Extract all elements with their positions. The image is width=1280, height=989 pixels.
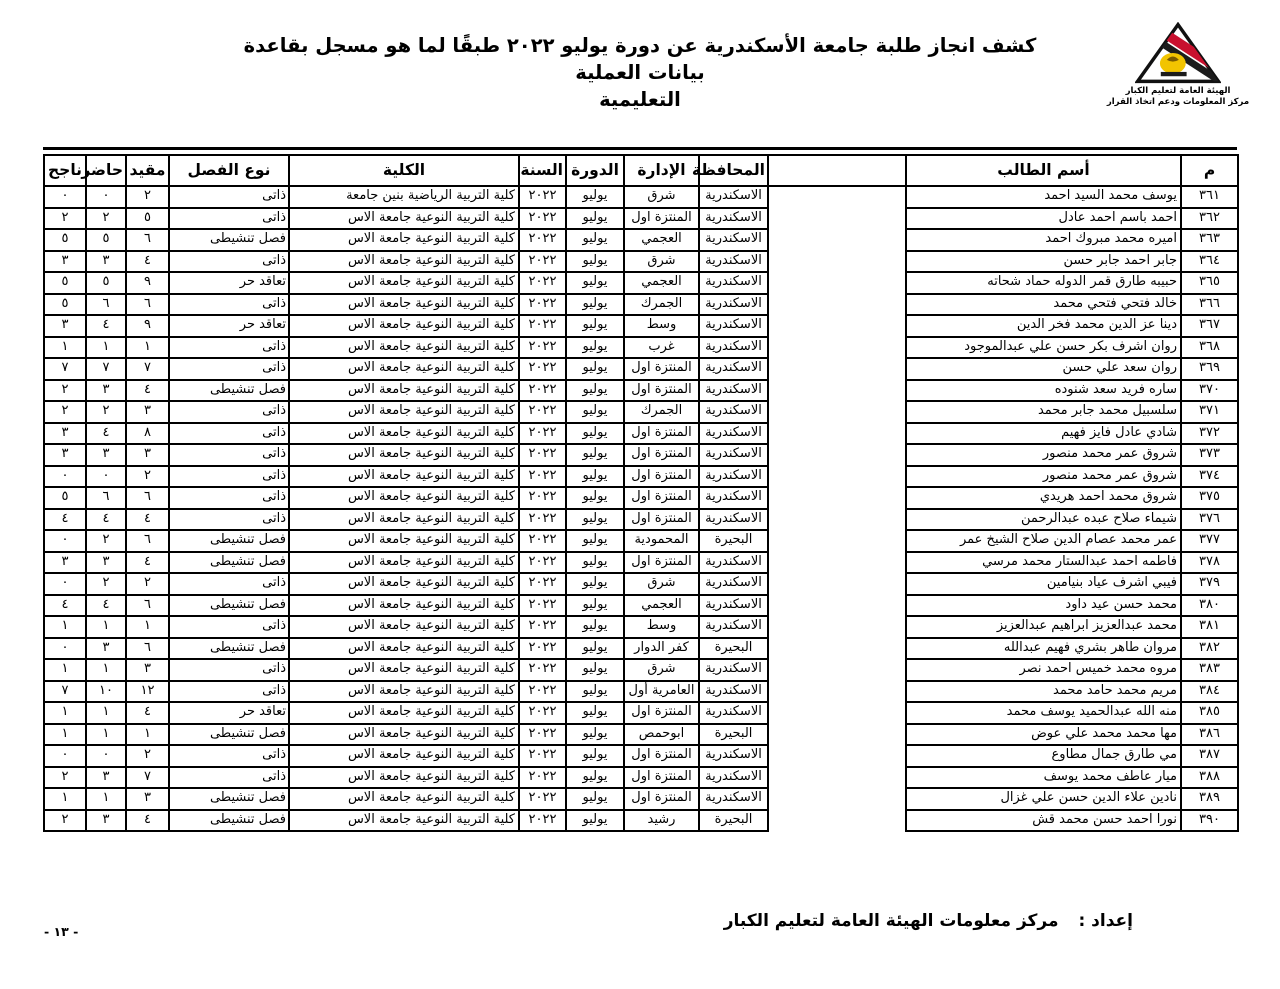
- college-cell: كلية التربية النوعية جامعة الاس: [289, 229, 519, 251]
- table-row: ٣٦٦ خالد فتحي فتحي محمد الاسكندرية الجمر…: [44, 294, 1238, 316]
- enrolled-cell: ٤: [126, 251, 169, 273]
- enrolled-cell: ١: [126, 724, 169, 746]
- enrolled-cell: ٤: [126, 380, 169, 402]
- governorate-cell: الاسكندرية: [699, 272, 768, 294]
- college-cell: كلية التربية النوعية جامعة الاس: [289, 487, 519, 509]
- gap-cell: [768, 595, 906, 617]
- administration-cell: العجمي: [624, 272, 699, 294]
- governorate-cell: البحيرة: [699, 530, 768, 552]
- enrolled-cell: ٢: [126, 745, 169, 767]
- enrolled-cell: ٢: [126, 573, 169, 595]
- enrolled-cell: ٦: [126, 530, 169, 552]
- passed-cell: ٢: [44, 810, 86, 832]
- year-cell: ٢٠٢٢: [519, 251, 566, 273]
- gap-cell: [768, 401, 906, 423]
- year-cell: ٢٠٢٢: [519, 767, 566, 789]
- governorate-cell: الاسكندرية: [699, 681, 768, 703]
- governorate-cell: الاسكندرية: [699, 423, 768, 445]
- enrolled-cell: ٩: [126, 272, 169, 294]
- attended-cell: ١: [86, 659, 126, 681]
- table-row: ٣٩٠ نورا احمد حسن محمد قش البحيرة رشيد ي…: [44, 810, 1238, 832]
- year-cell: ٢٠٢٢: [519, 423, 566, 445]
- class-type-cell: فصل تنشيطى: [169, 530, 289, 552]
- session-cell: يوليو: [566, 767, 624, 789]
- year-cell: ٢٠٢٢: [519, 616, 566, 638]
- administration-cell: المنتزة اول: [624, 466, 699, 488]
- session-cell: يوليو: [566, 251, 624, 273]
- governorate-cell: الاسكندرية: [699, 659, 768, 681]
- class-type-cell: ذاتى: [169, 681, 289, 703]
- governorate-cell: الاسكندرية: [699, 401, 768, 423]
- row-number-cell: ٣٨١: [1181, 616, 1238, 638]
- governorate-cell: الاسكندرية: [699, 358, 768, 380]
- enrolled-cell: ٦: [126, 294, 169, 316]
- college-cell: كلية التربية النوعية جامعة الاس: [289, 595, 519, 617]
- attended-cell: ٦: [86, 294, 126, 316]
- administration-cell: الجمرك: [624, 294, 699, 316]
- gap-cell: [768, 659, 906, 681]
- administration-cell: المنتزة اول: [624, 552, 699, 574]
- college-cell: كلية التربية النوعية جامعة الاس: [289, 724, 519, 746]
- attended-cell: ٢: [86, 401, 126, 423]
- student-name-cell: مي طارق جمال مطاوع: [906, 745, 1181, 767]
- college-cell: كلية التربية النوعية جامعة الاس: [289, 208, 519, 230]
- class-type-cell: ذاتى: [169, 423, 289, 445]
- attended-cell: ١: [86, 788, 126, 810]
- table-header-row: م أسم الطالب المحافظة الإدارة الدورة الس…: [44, 155, 1238, 186]
- col-header-college: الكلية: [289, 155, 519, 186]
- table-row: ٣٧٢ شادي عادل فايز فهيم الاسكندرية المنت…: [44, 423, 1238, 445]
- attended-cell: ٢: [86, 573, 126, 595]
- passed-cell: ٢: [44, 767, 86, 789]
- college-cell: كلية التربية النوعية جامعة الاس: [289, 401, 519, 423]
- class-type-cell: ذاتى: [169, 444, 289, 466]
- attended-cell: ٣: [86, 444, 126, 466]
- session-cell: يوليو: [566, 294, 624, 316]
- administration-cell: المنتزة اول: [624, 423, 699, 445]
- class-type-cell: ذاتى: [169, 251, 289, 273]
- administration-cell: شرق: [624, 573, 699, 595]
- gap-cell: [768, 616, 906, 638]
- session-cell: يوليو: [566, 466, 624, 488]
- session-cell: يوليو: [566, 659, 624, 681]
- class-type-cell: فصل تنشيطى: [169, 380, 289, 402]
- logo-caption-line1: الهيئة العامة لتعليم الكبار: [1098, 86, 1258, 97]
- governorate-cell: الاسكندرية: [699, 208, 768, 230]
- class-type-cell: فصل تنشيطى: [169, 724, 289, 746]
- row-number-cell: ٣٧١: [1181, 401, 1238, 423]
- passed-cell: ١: [44, 702, 86, 724]
- row-number-cell: ٣٧٣: [1181, 444, 1238, 466]
- class-type-cell: ذاتى: [169, 466, 289, 488]
- class-type-cell: ذاتى: [169, 659, 289, 681]
- administration-cell: شرق: [624, 251, 699, 273]
- gap-cell: [768, 573, 906, 595]
- passed-cell: ٣: [44, 251, 86, 273]
- logo-caption-line2: مركز المعلومات ودعم اتخاذ القرار: [1098, 97, 1258, 108]
- table-row: ٣٦١ يوسف محمد السيد احمد الاسكندرية شرق …: [44, 186, 1238, 208]
- table-row: ٣٦٢ احمد باسم احمد عادل الاسكندرية المنت…: [44, 208, 1238, 230]
- gap-cell: [768, 251, 906, 273]
- table-row: ٣٦٩ روان سعد علي حسن الاسكندرية المنتزة …: [44, 358, 1238, 380]
- attended-cell: ٥: [86, 272, 126, 294]
- row-number-cell: ٣٨٠: [1181, 595, 1238, 617]
- administration-cell: المنتزة اول: [624, 208, 699, 230]
- attended-cell: ٢: [86, 530, 126, 552]
- row-number-cell: ٣٧٢: [1181, 423, 1238, 445]
- gap-cell: [768, 810, 906, 832]
- student-name-cell: خالد فتحي فتحي محمد: [906, 294, 1181, 316]
- row-number-cell: ٣٦٧: [1181, 315, 1238, 337]
- student-name-cell: فاطمه احمد عبدالستار محمد مرسي: [906, 552, 1181, 574]
- administration-cell: شرق: [624, 659, 699, 681]
- college-cell: كلية التربية الرياضية بنين جامعة: [289, 186, 519, 208]
- year-cell: ٢٠٢٢: [519, 702, 566, 724]
- enrolled-cell: ٤: [126, 810, 169, 832]
- class-type-cell: ذاتى: [169, 186, 289, 208]
- enrolled-cell: ١: [126, 616, 169, 638]
- student-name-cell: مروان طاهر بشري فهيم عبدالله: [906, 638, 1181, 660]
- student-name-cell: شروق محمد احمد هريدي: [906, 487, 1181, 509]
- class-type-cell: تعاقد حر: [169, 315, 289, 337]
- attended-cell: ٤: [86, 595, 126, 617]
- administration-cell: العجمي: [624, 595, 699, 617]
- table-row: ٣٨١ محمد عبدالعزيز ابراهيم عبدالعزيز الا…: [44, 616, 1238, 638]
- enrolled-cell: ٣: [126, 659, 169, 681]
- class-type-cell: فصل تنشيطى: [169, 229, 289, 251]
- governorate-cell: الاسكندرية: [699, 487, 768, 509]
- student-name-cell: شروق عمر محمد منصور: [906, 444, 1181, 466]
- gap-cell: [768, 358, 906, 380]
- class-type-cell: فصل تنشيطى: [169, 595, 289, 617]
- student-name-cell: منه الله عبدالحميد يوسف محمد: [906, 702, 1181, 724]
- gap-cell: [768, 423, 906, 445]
- page-number: - ١٣ -: [44, 924, 78, 939]
- col-header-attended: حاضر: [86, 155, 126, 186]
- college-cell: كلية التربية النوعية جامعة الاس: [289, 702, 519, 724]
- administration-cell: المحمودية: [624, 530, 699, 552]
- year-cell: ٢٠٢٢: [519, 788, 566, 810]
- college-cell: كلية التربية النوعية جامعة الاس: [289, 423, 519, 445]
- col-header-administration: الإدارة: [624, 155, 699, 186]
- passed-cell: ٣: [44, 315, 86, 337]
- col-header-student-name: أسم الطالب: [906, 155, 1181, 186]
- prepared-by: إعداد : مركز معلومات الهيئة العامة لتعلي…: [724, 911, 1133, 931]
- passed-cell: ٣: [44, 444, 86, 466]
- class-type-cell: ذاتى: [169, 208, 289, 230]
- administration-cell: العجمي: [624, 229, 699, 251]
- gap-cell: [768, 337, 906, 359]
- college-cell: كلية التربية النوعية جامعة الاس: [289, 358, 519, 380]
- passed-cell: ٠: [44, 573, 86, 595]
- student-name-cell: روان اشرف بكر حسن علي عبدالموجود: [906, 337, 1181, 359]
- administration-cell: المنتزة اول: [624, 702, 699, 724]
- year-cell: ٢٠٢٢: [519, 208, 566, 230]
- college-cell: كلية التربية النوعية جامعة الاس: [289, 251, 519, 273]
- student-name-cell: يوسف محمد السيد احمد: [906, 186, 1181, 208]
- college-cell: كلية التربية النوعية جامعة الاس: [289, 745, 519, 767]
- attended-cell: ٠: [86, 466, 126, 488]
- passed-cell: ٣: [44, 423, 86, 445]
- row-number-cell: ٣٧٧: [1181, 530, 1238, 552]
- session-cell: يوليو: [566, 530, 624, 552]
- row-number-cell: ٣٨٩: [1181, 788, 1238, 810]
- table-row: ٣٧١ سلسبيل محمد جابر محمد الاسكندرية الج…: [44, 401, 1238, 423]
- student-name-cell: نورا احمد حسن محمد قش: [906, 810, 1181, 832]
- student-name-cell: مها محمد محمد علي عوض: [906, 724, 1181, 746]
- student-name-cell: ساره فريد سعد شنوده: [906, 380, 1181, 402]
- table-row: ٣٨٨ ميار عاطف محمد يوسف الاسكندرية المنت…: [44, 767, 1238, 789]
- class-type-cell: ذاتى: [169, 616, 289, 638]
- gap-cell: [768, 315, 906, 337]
- class-type-cell: ذاتى: [169, 509, 289, 531]
- student-name-cell: سلسبيل محمد جابر محمد: [906, 401, 1181, 423]
- row-number-cell: ٣٧٦: [1181, 509, 1238, 531]
- governorate-cell: البحيرة: [699, 724, 768, 746]
- authority-triangle-logo-icon: [1135, 22, 1221, 84]
- governorate-cell: الاسكندرية: [699, 552, 768, 574]
- session-cell: يوليو: [566, 272, 624, 294]
- attended-cell: ٠: [86, 186, 126, 208]
- class-type-cell: ذاتى: [169, 573, 289, 595]
- passed-cell: ٠: [44, 638, 86, 660]
- governorate-cell: الاسكندرية: [699, 573, 768, 595]
- attended-cell: ١: [86, 616, 126, 638]
- enrolled-cell: ٣: [126, 788, 169, 810]
- session-cell: يوليو: [566, 638, 624, 660]
- year-cell: ٢٠٢٢: [519, 530, 566, 552]
- year-cell: ٢٠٢٢: [519, 466, 566, 488]
- table-row: ٣٨٢ مروان طاهر بشري فهيم عبدالله البحيرة…: [44, 638, 1238, 660]
- college-cell: كلية التربية النوعية جامعة الاس: [289, 573, 519, 595]
- year-cell: ٢٠٢٢: [519, 315, 566, 337]
- gap-cell: [768, 638, 906, 660]
- governorate-cell: البحيرة: [699, 810, 768, 832]
- class-type-cell: فصل تنشيطى: [169, 788, 289, 810]
- session-cell: يوليو: [566, 616, 624, 638]
- college-cell: كلية التربية النوعية جامعة الاس: [289, 681, 519, 703]
- attended-cell: ١: [86, 724, 126, 746]
- administration-cell: كفر الدوار: [624, 638, 699, 660]
- student-name-cell: احمد باسم احمد عادل: [906, 208, 1181, 230]
- gap-cell: [768, 509, 906, 531]
- passed-cell: ٥: [44, 294, 86, 316]
- gap-cell: [768, 724, 906, 746]
- passed-cell: ١: [44, 337, 86, 359]
- passed-cell: ٥: [44, 272, 86, 294]
- attended-cell: ٣: [86, 810, 126, 832]
- class-type-cell: ذاتى: [169, 294, 289, 316]
- enrolled-cell: ٦: [126, 487, 169, 509]
- col-header-session: الدورة: [566, 155, 624, 186]
- enrolled-cell: ٨: [126, 423, 169, 445]
- col-header-year: السنة: [519, 155, 566, 186]
- college-cell: كلية التربية النوعية جامعة الاس: [289, 810, 519, 832]
- class-type-cell: فصل تنشيطى: [169, 810, 289, 832]
- year-cell: ٢٠٢٢: [519, 724, 566, 746]
- year-cell: ٢٠٢٢: [519, 401, 566, 423]
- session-cell: يوليو: [566, 423, 624, 445]
- table-row: ٣٧٨ فاطمه احمد عبدالستار محمد مرسي الاسك…: [44, 552, 1238, 574]
- row-number-cell: ٣٦٦: [1181, 294, 1238, 316]
- college-cell: كلية التربية النوعية جامعة الاس: [289, 509, 519, 531]
- college-cell: كلية التربية النوعية جامعة الاس: [289, 337, 519, 359]
- governorate-cell: الاسكندرية: [699, 251, 768, 273]
- enrolled-cell: ٢: [126, 186, 169, 208]
- enrolled-cell: ٢: [126, 466, 169, 488]
- passed-cell: ٣: [44, 552, 86, 574]
- session-cell: يوليو: [566, 552, 624, 574]
- col-header-passed: ناجح: [44, 155, 86, 186]
- governorate-cell: الاسكندرية: [699, 466, 768, 488]
- session-cell: يوليو: [566, 509, 624, 531]
- passed-cell: ١: [44, 724, 86, 746]
- attended-cell: ١: [86, 337, 126, 359]
- session-cell: يوليو: [566, 788, 624, 810]
- attended-cell: ٣: [86, 552, 126, 574]
- session-cell: يوليو: [566, 444, 624, 466]
- student-name-cell: نادين علاء الدين حسن علي غزال: [906, 788, 1181, 810]
- row-number-cell: ٣٧٨: [1181, 552, 1238, 574]
- passed-cell: ١: [44, 659, 86, 681]
- administration-cell: العامرية أول: [624, 681, 699, 703]
- enrolled-cell: ٦: [126, 595, 169, 617]
- gap-cell: [768, 788, 906, 810]
- enrolled-cell: ٧: [126, 767, 169, 789]
- session-cell: يوليو: [566, 745, 624, 767]
- year-cell: ٢٠٢٢: [519, 487, 566, 509]
- class-type-cell: ذاتى: [169, 401, 289, 423]
- student-name-cell: محمد عبدالعزيز ابراهيم عبدالعزيز: [906, 616, 1181, 638]
- table-row: ٣٧٣ شروق عمر محمد منصور الاسكندرية المنت…: [44, 444, 1238, 466]
- student-name-cell: شادي عادل فايز فهيم: [906, 423, 1181, 445]
- year-cell: ٢٠٢٢: [519, 272, 566, 294]
- governorate-cell: البحيرة: [699, 638, 768, 660]
- table-row: ٣٦٣ اميره محمد مبروك احمد الاسكندرية الع…: [44, 229, 1238, 251]
- table-row: ٣٨٦ مها محمد محمد علي عوض البحيرة ابوحمص…: [44, 724, 1238, 746]
- administration-cell: وسط: [624, 315, 699, 337]
- document-page: { "page": { "title_line1": "كشف انجاز طل…: [0, 0, 1280, 989]
- enrolled-cell: ٦: [126, 229, 169, 251]
- year-cell: ٢٠٢٢: [519, 509, 566, 531]
- administration-cell: المنتزة اول: [624, 444, 699, 466]
- table-row: ٣٨٧ مي طارق جمال مطاوع الاسكندرية المنتز…: [44, 745, 1238, 767]
- enrolled-cell: ٥: [126, 208, 169, 230]
- enrolled-cell: ٧: [126, 358, 169, 380]
- col-header-gap: [768, 155, 906, 186]
- row-number-cell: ٣٧٠: [1181, 380, 1238, 402]
- class-type-cell: تعاقد حر: [169, 272, 289, 294]
- administration-cell: المنتزة اول: [624, 767, 699, 789]
- governorate-cell: الاسكندرية: [699, 186, 768, 208]
- class-type-cell: ذاتى: [169, 358, 289, 380]
- row-number-cell: ٣٨٨: [1181, 767, 1238, 789]
- col-header-governorate: المحافظة: [699, 155, 768, 186]
- row-number-cell: ٣٦٩: [1181, 358, 1238, 380]
- passed-cell: ١: [44, 616, 86, 638]
- attended-cell: ٦: [86, 487, 126, 509]
- class-type-cell: ذاتى: [169, 767, 289, 789]
- college-cell: كلية التربية النوعية جامعة الاس: [289, 272, 519, 294]
- prepared-by-label: إعداد :: [1078, 911, 1133, 931]
- row-number-cell: ٣٨٢: [1181, 638, 1238, 660]
- passed-cell: ٧: [44, 358, 86, 380]
- year-cell: ٢٠٢٢: [519, 573, 566, 595]
- college-cell: كلية التربية النوعية جامعة الاس: [289, 466, 519, 488]
- student-name-cell: روان سعد علي حسن: [906, 358, 1181, 380]
- student-name-cell: جابر احمد جابر حسن: [906, 251, 1181, 273]
- attended-cell: ٣: [86, 638, 126, 660]
- governorate-cell: الاسكندرية: [699, 595, 768, 617]
- attended-cell: ٣: [86, 251, 126, 273]
- attended-cell: ٠: [86, 745, 126, 767]
- row-number-cell: ٣٦٣: [1181, 229, 1238, 251]
- table-row: ٣٧٩ فيبي اشرف عياد بنيامين الاسكندرية شر…: [44, 573, 1238, 595]
- enrolled-cell: ٦: [126, 638, 169, 660]
- college-cell: كلية التربية النوعية جامعة الاس: [289, 788, 519, 810]
- gap-cell: [768, 745, 906, 767]
- passed-cell: ٢: [44, 401, 86, 423]
- governorate-cell: الاسكندرية: [699, 380, 768, 402]
- gap-cell: [768, 530, 906, 552]
- enrolled-cell: ٩: [126, 315, 169, 337]
- gap-cell: [768, 767, 906, 789]
- passed-cell: ٢: [44, 208, 86, 230]
- governorate-cell: الاسكندرية: [699, 788, 768, 810]
- class-type-cell: فصل تنشيطى: [169, 638, 289, 660]
- table-row: ٣٧٥ شروق محمد احمد هريدي الاسكندرية المن…: [44, 487, 1238, 509]
- gap-cell: [768, 487, 906, 509]
- year-cell: ٢٠٢٢: [519, 745, 566, 767]
- row-number-cell: ٣٩٠: [1181, 810, 1238, 832]
- governorate-cell: الاسكندرية: [699, 745, 768, 767]
- gap-cell: [768, 466, 906, 488]
- attended-cell: ٤: [86, 509, 126, 531]
- governorate-cell: الاسكندرية: [699, 337, 768, 359]
- year-cell: ٢٠٢٢: [519, 552, 566, 574]
- enrolled-cell: ١٢: [126, 681, 169, 703]
- students-table-wrap: م أسم الطالب المحافظة الإدارة الدورة الس…: [43, 147, 1237, 832]
- row-number-cell: ٣٦٤: [1181, 251, 1238, 273]
- session-cell: يوليو: [566, 380, 624, 402]
- governorate-cell: الاسكندرية: [699, 702, 768, 724]
- session-cell: يوليو: [566, 702, 624, 724]
- table-row: ٣٦٨ روان اشرف بكر حسن علي عبدالموجود الا…: [44, 337, 1238, 359]
- college-cell: كلية التربية النوعية جامعة الاس: [289, 638, 519, 660]
- gap-cell: [768, 294, 906, 316]
- student-name-cell: حبيبه طارق قمر الدوله حماد شحاته: [906, 272, 1181, 294]
- year-cell: ٢٠٢٢: [519, 638, 566, 660]
- college-cell: كلية التربية النوعية جامعة الاس: [289, 552, 519, 574]
- gap-cell: [768, 229, 906, 251]
- session-cell: يوليو: [566, 487, 624, 509]
- student-name-cell: دينا عز الدين محمد فخر الدين: [906, 315, 1181, 337]
- attended-cell: ٤: [86, 315, 126, 337]
- passed-cell: ١: [44, 788, 86, 810]
- gap-cell: [768, 444, 906, 466]
- administration-cell: رشيد: [624, 810, 699, 832]
- passed-cell: ٥: [44, 229, 86, 251]
- authority-logo: الهيئة العامة لتعليم الكبار مركز المعلوم…: [1098, 22, 1258, 107]
- college-cell: كلية التربية النوعية جامعة الاس: [289, 530, 519, 552]
- year-cell: ٢٠٢٢: [519, 681, 566, 703]
- class-type-cell: تعاقد حر: [169, 702, 289, 724]
- row-number-cell: ٣٦١: [1181, 186, 1238, 208]
- passed-cell: ٠: [44, 466, 86, 488]
- col-header-enrolled: مقيد: [126, 155, 169, 186]
- gap-cell: [768, 552, 906, 574]
- year-cell: ٢٠٢٢: [519, 358, 566, 380]
